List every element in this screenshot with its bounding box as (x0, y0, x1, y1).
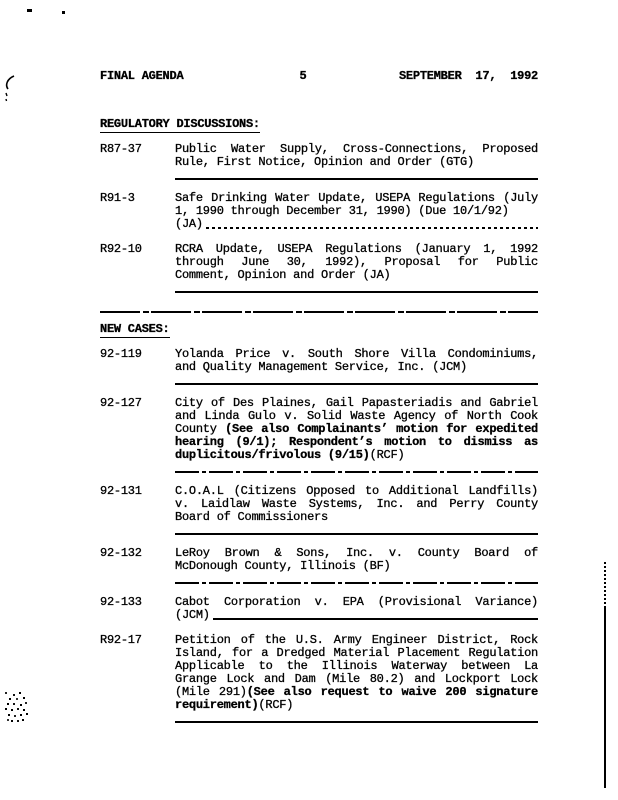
case-text-line: requirement)(RCF) (175, 699, 538, 712)
text-segment: LeRoy Brown & Sons, Inc. v. County Board… (175, 546, 538, 560)
docket-number: R92-10 (100, 243, 175, 282)
text-segment: and Linda Gulo v. Solid Waste Agency of … (175, 409, 538, 423)
case-description: Public Water Supply, Cross-Connections, … (175, 143, 538, 169)
bold-note-segment: (See also request to waive 200 signature (247, 685, 538, 699)
text-segment: RCRA Update, USEPA Regulations (January … (175, 242, 538, 256)
case-description: City of Des Plaines, Gail Papasteriadis … (175, 397, 538, 462)
scan-edge-line (604, 606, 606, 788)
case-text-line: (JA) (175, 218, 538, 231)
header-gap (100, 83, 538, 117)
text-segment: Cabot Corporation v. EPA (Provisional Va… (175, 595, 538, 609)
scanned-agenda-page: FINAL AGENDA 5 SEPTEMBER 17, 1992 REGULA… (0, 0, 618, 800)
case-description: RCRA Update, USEPA Regulations (January … (175, 243, 538, 282)
page-number: 5 (230, 70, 376, 83)
case-description: Petition of the U.S. Army Engineer Distr… (175, 634, 538, 712)
bold-note-segment: duplicitous/frivolous (9/15) (175, 448, 370, 462)
text-segment: Yolanda Price v. South Shore Villa Condo… (175, 347, 538, 361)
agenda-section: REGULATORY DISCUSSIONS:R87-37Public Wate… (100, 117, 538, 293)
bold-note-segment: requirement) (175, 698, 258, 712)
separator-line (175, 533, 538, 535)
docket-number: 92-131 (100, 485, 175, 524)
separator-line (175, 721, 538, 723)
agenda-item: 92-133Cabot Corporation v. EPA (Provisio… (100, 596, 538, 622)
case-text-line: 1, 1990 through December 31, 1990) (Due … (175, 205, 538, 218)
case-description: Safe Drinking Water Update, USEPA Regula… (175, 192, 538, 231)
case-text-line: and Quality Management Service, Inc. (JC… (175, 361, 538, 374)
scan-speck (27, 9, 32, 12)
scan-edge-line (604, 562, 606, 608)
trailing-rule-line (206, 227, 538, 229)
agenda-item: 92-127City of Des Plaines, Gail Papaster… (100, 397, 538, 462)
text-segment: (Mile 291) (175, 685, 247, 699)
case-text-line: duplicitous/frivolous (9/15)(RCF) (175, 449, 538, 462)
text-segment: through June 30, 1992), Proposal for Pub… (175, 255, 538, 269)
document-content: FINAL AGENDA 5 SEPTEMBER 17, 1992 REGULA… (100, 70, 538, 723)
agenda-item: R92-17Petition of the U.S. Army Engineer… (100, 634, 538, 712)
separator-line (175, 383, 538, 385)
separator-line (175, 582, 538, 584)
case-text-line: Comment, Opinion and Order (JA) (175, 269, 538, 282)
agenda-item: 92-131C.O.A.L (Citizens Opposed to Addit… (100, 485, 538, 524)
text-segment: County (175, 422, 225, 436)
document-header: FINAL AGENDA 5 SEPTEMBER 17, 1992 (100, 70, 538, 83)
text-segment: Petition of the U.S. Army Engineer Distr… (175, 633, 538, 647)
docket-number: 92-119 (100, 348, 175, 374)
text-segment: (JCM) (175, 609, 210, 622)
document-date: SEPTEMBER 17, 1992 (392, 70, 538, 83)
case-text-line: McDonough County, Illinois (BF) (175, 560, 538, 573)
docket-number: 92-132 (100, 547, 175, 573)
text-segment: and Quality Management Service, Inc. (JC… (175, 360, 467, 374)
agenda-item: R87-37Public Water Supply, Cross-Connect… (100, 143, 538, 169)
text-segment: 1, 1990 through December 31, 1990) (Due … (175, 204, 509, 218)
case-description: C.O.A.L (Citizens Opposed to Additional … (175, 485, 538, 524)
agenda-item: R91-3Safe Drinking Water Update, USEPA R… (100, 192, 538, 231)
docket-number: R91-3 (100, 192, 175, 231)
agenda-section: NEW CASES:92-119Yolanda Price v. South S… (100, 322, 538, 723)
text-segment: Safe Drinking Water Update, USEPA Regula… (175, 191, 538, 205)
text-segment: (RCF) (370, 448, 405, 462)
text-segment: City of Des Plaines, Gail Papasteriadis … (175, 396, 538, 410)
docket-number: R92-17 (100, 634, 175, 712)
text-segment: Comment, Opinion and Order (JA) (175, 268, 391, 282)
trailing-rule-line (213, 618, 538, 620)
agenda-item: 92-119Yolanda Price v. South Shore Villa… (100, 348, 538, 374)
separator-line (175, 178, 538, 180)
section-heading-row: NEW CASES: (100, 322, 538, 336)
text-segment: C.O.A.L (Citizens Opposed to Additional … (175, 484, 538, 498)
section-divider (100, 311, 538, 313)
text-segment: Rule, First Notice, Opinion and Order (G… (175, 155, 474, 169)
section-heading-row: REGULATORY DISCUSSIONS: (100, 117, 538, 131)
text-segment: (JA) (175, 218, 203, 231)
docket-number: 92-127 (100, 397, 175, 462)
separator-line (175, 471, 538, 473)
text-segment: Board of Commissioners (175, 510, 328, 524)
separator-line (175, 291, 538, 293)
case-description: Cabot Corporation v. EPA (Provisional Va… (175, 596, 538, 622)
section-heading: REGULATORY DISCUSSIONS: (100, 117, 260, 133)
text-segment: v. Laidlaw Waste Systems, Inc. and Perry… (175, 497, 538, 511)
text-segment: Island, for a Dredged Material Placement… (175, 646, 538, 660)
text-segment: Grange Lock and Dam (Mile 80.2) and Lock… (175, 672, 538, 686)
case-text-line: Board of Commissioners (175, 511, 538, 524)
agenda-item: R92-10RCRA Update, USEPA Regulations (Ja… (100, 243, 538, 282)
case-text-line: (JCM) (175, 609, 538, 622)
text-segment: Public Water Supply, Cross-Connections, … (175, 142, 538, 156)
text-segment: (RCF) (258, 698, 293, 712)
case-description: LeRoy Brown & Sons, Inc. v. County Board… (175, 547, 538, 573)
bold-note-segment: hearing (9/1); Respondent’s motion to di… (175, 435, 538, 449)
stamp-smudge (5, 692, 7, 694)
pen-mark (2, 74, 20, 102)
text-segment: McDonough County, Illinois (BF) (175, 559, 391, 573)
case-text-line: Cabot Corporation v. EPA (Provisional Va… (175, 596, 538, 609)
docket-number: 92-133 (100, 596, 175, 622)
document-title: FINAL AGENDA (100, 70, 246, 83)
scan-speck (62, 11, 65, 14)
text-segment: Applicable to the Illinois Waterway betw… (175, 659, 538, 673)
docket-number: R87-37 (100, 143, 175, 169)
section-heading: NEW CASES: (100, 322, 170, 338)
bold-note-segment: (See also Complainants’ motion for exped… (225, 422, 538, 436)
case-text-line: Rule, First Notice, Opinion and Order (G… (175, 156, 538, 169)
case-description: Yolanda Price v. South Shore Villa Condo… (175, 348, 538, 374)
agenda-item: 92-132LeRoy Brown & Sons, Inc. v. County… (100, 547, 538, 573)
agenda-sections: REGULATORY DISCUSSIONS:R87-37Public Wate… (100, 117, 538, 723)
